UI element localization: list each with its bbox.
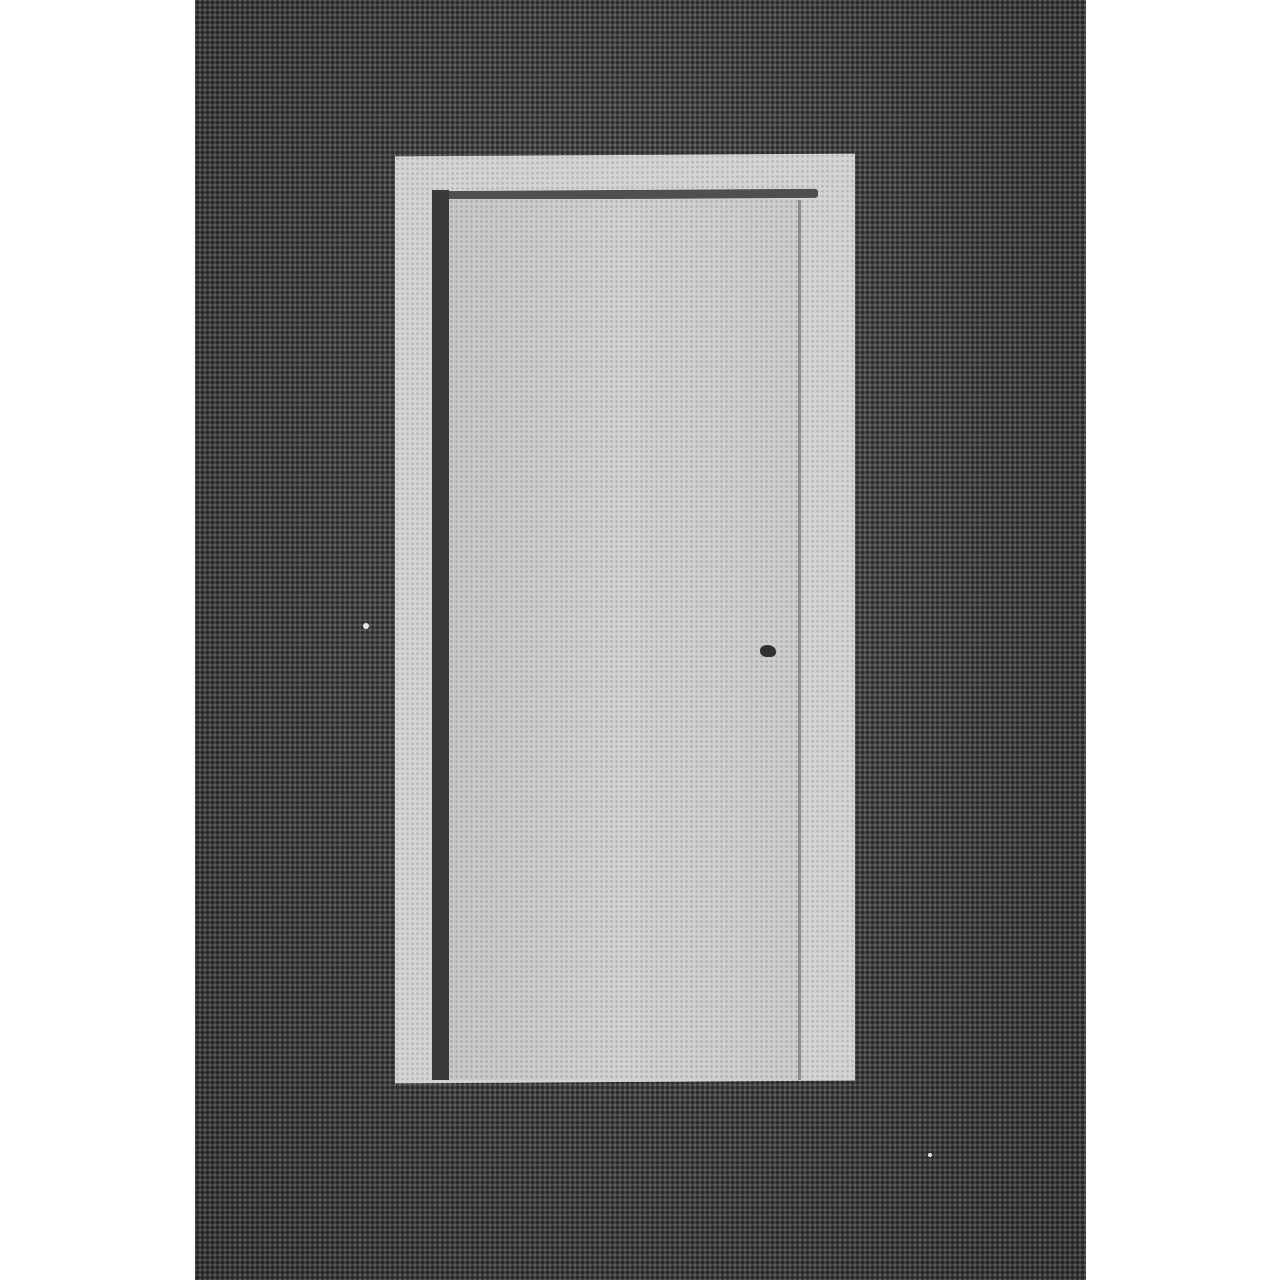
dust-speck bbox=[928, 1153, 932, 1157]
door-hinge-shadow bbox=[432, 190, 449, 1080]
door-knob-icon bbox=[760, 645, 776, 657]
door-panel bbox=[449, 199, 799, 1080]
dust-speck bbox=[363, 623, 369, 629]
door-latch-edge bbox=[798, 200, 801, 1080]
door-photo bbox=[195, 0, 1086, 1280]
